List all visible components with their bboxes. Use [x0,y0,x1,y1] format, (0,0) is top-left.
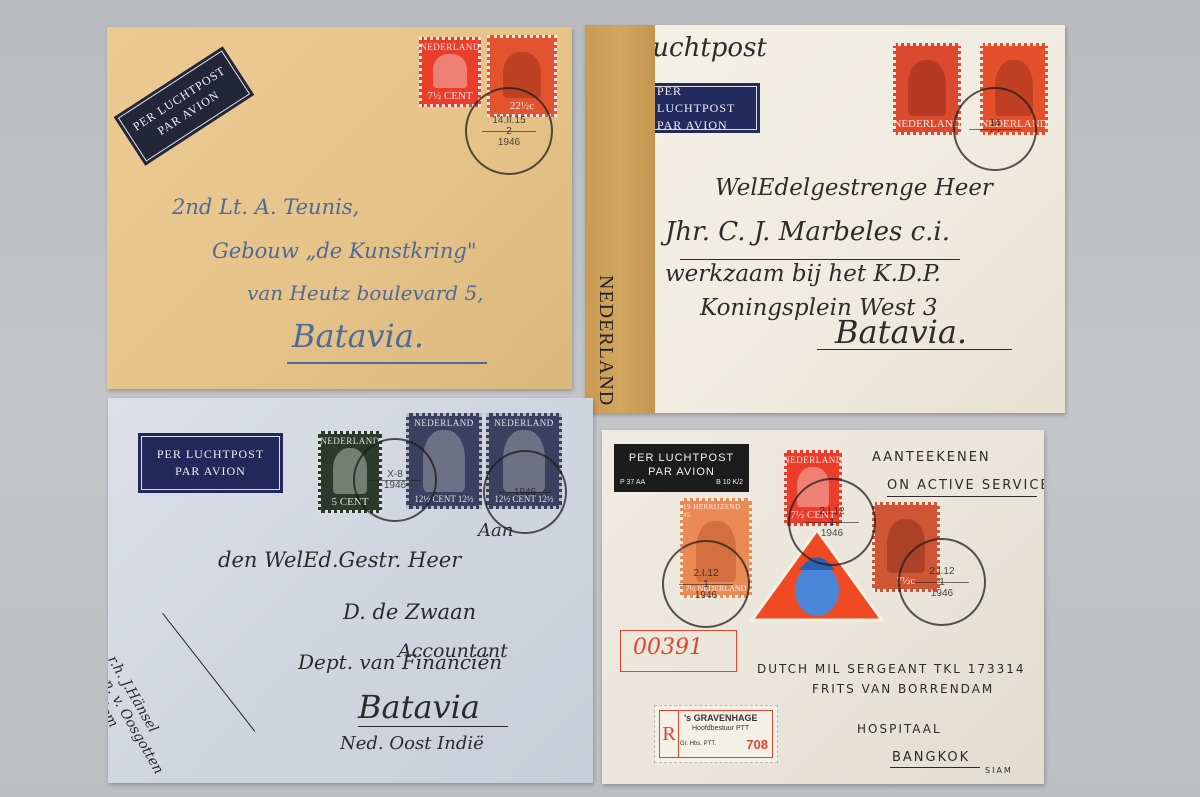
envelope-bottom-right: PER LUCHTPOST PAR AVION P 37 AA B 10 K/2… [602,430,1044,784]
sender-divider [162,613,255,732]
postmark: 2.I.12 1 1946 [898,538,986,626]
address-underline [358,726,508,727]
address-line-1: 2nd Lt. A. Teunis, [172,195,359,219]
address-line-1: WelEdelgestrenge Heer [715,175,993,201]
stamp-de-ruyter: . NEDERLAND [893,43,961,135]
postmark: 14 * * [953,87,1037,171]
airmail-label: PER LUCHTPOST PAR AVION [138,433,283,493]
registration-subtitle: Hoofdbestuur PTT [692,725,749,732]
postmark: X-8 1946 [353,438,437,522]
address-underline [890,767,980,768]
airmail-label: PER LUCHTPOST PAR AVION [114,46,255,165]
address-line-4: Batavia. [292,317,424,355]
address-line-1: DUTCH MIL SERGEANT TKL 173314 [757,662,1026,676]
postmark: 2.I.12 1 1946 [662,540,750,628]
envelope-top-left: PER LUCHTPOST PAR AVION NEDERLAND 7½ CEN… [107,27,572,389]
envelope-bottom-left: PER LUCHTPOST PAR AVION NEDERLAND 5 CENT… [108,398,593,783]
address-line-5: Batavia [358,688,480,726]
portrait-icon [433,54,467,88]
stamp-wilhelmina: NEDERLAND 7½ CENT [419,37,481,107]
airmail-label: PER LUCHTPOST PAR AVION P 37 AA B 10 K/2 [614,444,749,492]
address-aan: Aan [478,520,513,541]
address-line-3: van Heutz boulevard 5, [247,281,484,305]
address-line-4: BANGKOK [892,750,970,765]
address-line-1: den WelEd.Gestr. Heer [218,548,461,572]
registration-number-box: 00391 [620,630,737,672]
address-line-3: werkzaam bij het K.D.P. [665,261,941,287]
envelope-top-right: Luchtpost PER LUCHTPOST PAR AVION 2420 .… [585,25,1065,413]
address-line-2: Gebouw „de Kunstkring" [212,239,477,263]
address-line-6: Ned. Oost Indië [340,733,484,754]
postmark: 14.II.15 2 1946 [465,87,553,175]
annotation-aanteekenen: AANTEEKENEN [872,450,991,465]
censor-tape-text: NEDERLAND [594,275,617,406]
registration-footer: Gr. Hbs. PTT. [680,741,716,747]
address-line-2: D. de Zwaan [343,600,476,624]
postmark: 2.I.12 1 1946 [788,478,876,566]
address-line-2: FRITS VAN BORRENDAM [812,682,994,696]
registration-number: 00391 [633,635,703,660]
portrait-icon [908,60,945,116]
registration-label: R 's GRAVENHAGE Hoofdbestuur PTT Gr. Hbs… [654,705,778,763]
address-underline [817,349,1012,350]
address-line-4: Dept. van Financiën [298,650,502,674]
censor-tape: NEDERLAND [585,25,655,413]
sender-block: r.h. J.Hänsel Kon. v. Oosgotten Haarlem [108,653,180,783]
address-line-3: HOSPITAAL [857,722,942,736]
registration-r: R [660,711,679,757]
registration-number-708: 708 [746,737,768,752]
address-underline [287,362,487,364]
annotation-underline [887,496,1037,497]
annotation-active-service: ON ACTIVE SERVICE [887,478,1044,493]
address-line-2: Jhr. C. J. Marbeles c.i. [665,217,950,247]
address-underline [680,259,960,260]
address-line-5: Batavia. [835,313,967,351]
registration-office: 's GRAVENHAGE [684,713,758,723]
address-line-5: SIAM [985,766,1013,775]
